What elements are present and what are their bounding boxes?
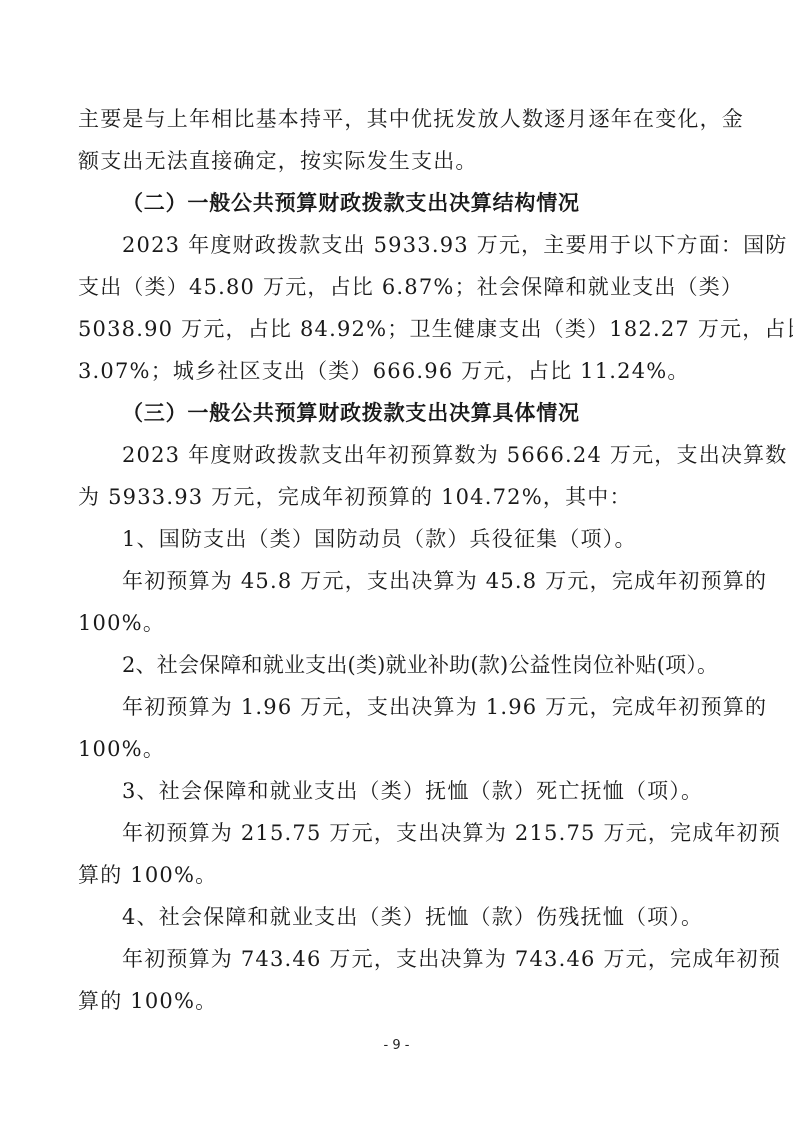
body-line: 2023 年度财政拨款支出年初预算数为 5666.24 万元，支出决算数	[78, 434, 714, 476]
body-line: 2023 年度财政拨款支出 5933.93 万元，主要用于以下方面：国防	[78, 224, 714, 266]
page-number: - 9 -	[0, 1038, 793, 1053]
section-heading-structure: （二）一般公共预算财政拨款支出决算结构情况	[78, 182, 714, 224]
body-line: 主要是与上年相比基本持平，其中优抚发放人数逐月逐年在变化，金	[78, 98, 714, 140]
body-line: 算的 100%。	[78, 980, 714, 1022]
body-line: 年初预算为 45.8 万元，支出决算为 45.8 万元，完成年初预算的	[78, 560, 714, 602]
body-line: 算的 100%。	[78, 854, 714, 896]
body-line: 为 5933.93 万元，完成年初预算的 104.72%，其中：	[78, 476, 714, 518]
body-line: 100%。	[78, 728, 714, 770]
body-line: 支出（类）45.80 万元，占比 6.87%；社会保障和就业支出（类）	[78, 266, 714, 308]
body-line: 5038.90 万元，占比 84.92%；卫生健康支出（类）182.27 万元，…	[78, 308, 714, 350]
document-page: 主要是与上年相比基本持平，其中优抚发放人数逐月逐年在变化，金 额支出无法直接确定…	[78, 98, 714, 1022]
body-line: 年初预算为 215.75 万元，支出决算为 215.75 万元，完成年初预	[78, 812, 714, 854]
body-line: 额支出无法直接确定，按实际发生支出。	[78, 140, 714, 182]
item-title-3: 3、社会保障和就业支出（类）抚恤（款）死亡抚恤（项）。	[78, 770, 714, 812]
body-line: 3.07%；城乡社区支出（类）666.96 万元，占比 11.24%。	[78, 350, 714, 392]
body-line: 100%。	[78, 602, 714, 644]
body-line: 年初预算为 743.46 万元，支出决算为 743.46 万元，完成年初预	[78, 938, 714, 980]
item-title-4: 4、社会保障和就业支出（类）抚恤（款）伤残抚恤（项）。	[78, 896, 714, 938]
section-heading-details: （三）一般公共预算财政拨款支出决算具体情况	[78, 392, 714, 434]
body-line: 年初预算为 1.96 万元，支出决算为 1.96 万元，完成年初预算的	[78, 686, 714, 728]
item-title-2: 2、社会保障和就业支出(类)就业补助(款)公益性岗位补贴(项）。	[78, 644, 714, 686]
item-title-1: 1、国防支出（类）国防动员（款）兵役征集（项）。	[78, 518, 714, 560]
